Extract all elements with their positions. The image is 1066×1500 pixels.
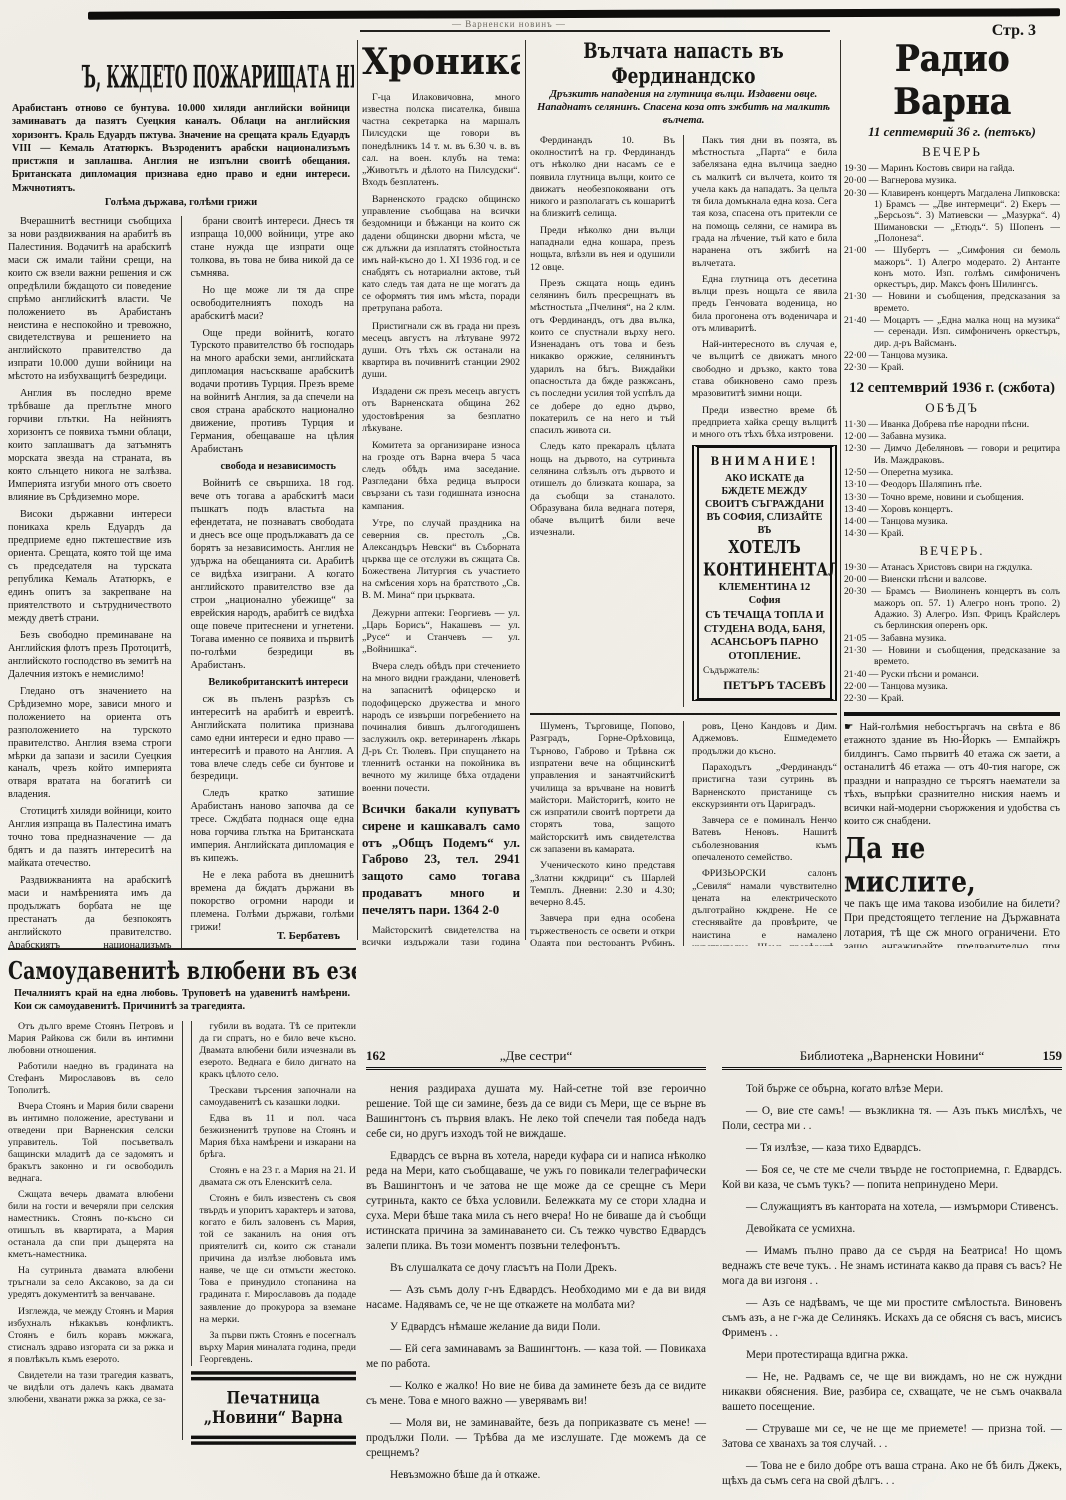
lead-column-1: Вчерашнитѣ вестници съобщиха за нови раз…: [8, 216, 172, 948]
paragraph: Но ще може ли тя да спре освободителният…: [191, 285, 355, 324]
print-shop-box: Печатница „Новини“ Варна: [191, 1371, 357, 1445]
paragraph: 11·30 — Иванка Добрева пѣе народни пѣсни…: [844, 419, 1060, 430]
paragraph: Преди известно време бѣ предприета хайка…: [692, 405, 837, 442]
paragraph: Безъ свободно преминаване на Английския …: [8, 630, 172, 682]
drowned-lovers-story: Самоудавенитѣ влюбени въ езерото Печални…: [8, 948, 356, 1496]
paragraph: 12·30 — Димчо Дебеляновъ — говори и реци…: [844, 443, 1060, 466]
paragraph: 13·10 — Феодоръ Шаляпинъ пѣе.: [844, 479, 1060, 490]
paragraph: 21·40 — Моцартъ — „Една малка нощ на муз…: [844, 315, 1060, 349]
paragraph: Завчера се е поминалъ Ненчо Ватевъ Ненов…: [692, 815, 837, 864]
newspaper-page: — Варненски новинъ — Стр. 3 Ъ, КЖДЕТО ПО…: [0, 0, 1066, 1500]
paragraph: 14·00 — Танцова музика.: [844, 516, 1060, 527]
paragraph: 22·00 — Танцова музика.: [844, 350, 1060, 361]
novel-left-header: 162 „Две сестри“: [366, 1048, 706, 1070]
paragraph: 20·30 — Брамсъ — Виолиненъ концертъ въ с…: [844, 586, 1060, 631]
paragraph: Едва въ 11 и пол. часа безжизненитѣ труп…: [200, 1113, 357, 1161]
paragraph: Стотицитѣ хиляди войници, които Англия и…: [8, 806, 172, 871]
paragraph: Шуменъ, Търговище, Попово, Разградъ, Гор…: [530, 721, 675, 856]
novel-pages: 162 „Две сестри“ нения раздираха душата …: [366, 942, 1062, 1496]
paragraph: Гледано отъ значението на Срѣдиземно мор…: [8, 686, 172, 803]
paragraph: 20·00 — Вагнерова музика.: [844, 175, 1060, 186]
paragraph: 22·30 — Край.: [844, 362, 1060, 373]
library-name: Библиотека „Варненски Новини“: [770, 1048, 1014, 1064]
paragraph: 12·00 — Забавна музика.: [844, 431, 1060, 442]
serial-novel: 162 „Две сестри“ нения раздираха душата …: [366, 942, 1062, 1500]
town-news-column-1: Шуменъ, Търговище, Попово, Разградъ, Гор…: [530, 721, 675, 946]
paragraph: Стоянъ е билъ известенъ съ своя твърдъ и…: [200, 1193, 357, 1326]
wolf-article: Вълчата напасть въ Фердинандско Дръзкитѣ…: [530, 40, 837, 946]
hotel-features: СЪ ТЕЧАЩА ТОПЛА И СТУДЕНА ВОДА, БАНЯ, АС…: [703, 609, 826, 664]
lead-subhead-1: свобода и независимость: [191, 461, 355, 474]
paragraph: нения раздираха душата му. Най-сетне той…: [366, 1082, 706, 1142]
lead-body: Вчерашнитѣ вестници съобщиха за нови раз…: [8, 216, 354, 948]
paragraph: Отъ дълго време Стоянъ Петровъ и Мария Р…: [8, 1021, 174, 1057]
lead-article: Ъ, КЖДЕТО ПОЖАРИЩАТА НЕ ПРЕСТАВАТЪ ДА ДИ…: [8, 44, 354, 948]
paragraph: Фердинандъ 10. Въ околноститѣ на гр. Фер…: [530, 135, 675, 221]
wolf-headline: Вълчата напасть въ Фердинандско: [530, 40, 837, 89]
paragraph: 19·30 — Маринъ Костовъ свири на гайда.: [844, 163, 1060, 174]
paragraph: Утре, по случай праздника на северния св…: [362, 518, 520, 603]
wolf-col2-text: Пакъ тия дни въ позята, въ мѣстностьта „…: [692, 135, 837, 442]
subhead-text: свобода и независимость: [191, 461, 355, 474]
paragraph: 22·00 — Танцова музика.: [844, 681, 1060, 692]
page-number-right: 159: [1014, 1048, 1062, 1064]
lead-col2-part3: сж въ пъленъ разрѣзъ съ интереситѣ на ар…: [191, 694, 355, 935]
paragraph: Той бърже се обърна, когато влѣзе Мери.: [722, 1082, 1062, 1097]
chronicle-title: Хроника: [362, 40, 520, 83]
lead-col2-part1: брани своитѣ интереси. Днесъ тя изпраща …: [191, 216, 355, 457]
paragraph: ФРИЗЬОРСКИ салонъ „Севиля“ намали чувств…: [692, 868, 837, 946]
paragraph: — Служащиятъ въ кантората на хотела, — и…: [722, 1200, 1062, 1215]
lottery-ad-headline: Да не мислите,: [844, 832, 1060, 899]
paragraph: Вчера Стоянъ и Мария били сварени въ инт…: [8, 1101, 174, 1185]
paragraph: Още преди войнитѣ, когато Турското прави…: [191, 328, 355, 458]
paragraph: губили въ водата. Тѣ се притекли да ги с…: [200, 1021, 357, 1081]
paragraph: Ученическото кино представя „Златни кждр…: [530, 860, 675, 909]
hotel-keeper-label: Съдържатель:: [703, 666, 826, 678]
paragraph: — Не, не. Радвамъ се, че ще ви виждамъ, …: [722, 1370, 1062, 1415]
lead-subhead-2: Великобританскитѣ интереси: [191, 677, 355, 690]
paragraph: 21·05 — Забавна музика.: [844, 633, 1060, 644]
paragraph: брани своитѣ интереси. Днесъ тя изпраща …: [191, 216, 355, 281]
masthead-fragment: — Варненски новинъ —: [452, 19, 566, 29]
top-ink-rule: [88, 8, 1060, 19]
paragraph: 13·30 — Точно време, новини и съобщения.: [844, 492, 1060, 503]
drowned-body: Отъ дълго време Стоянъ Петровъ и Мария Р…: [8, 1021, 356, 1440]
lottery-ad-body: че пакъ ще има такова изобилие на билети…: [844, 897, 1060, 948]
paragraph: 13·40 — Хоровъ концертъ.: [844, 504, 1060, 515]
paragraph: — Моля ви, не заминавайте, безъ да попри…: [366, 1416, 706, 1461]
paragraph: 20·00 — Виенски пѣсни и валсове.: [844, 574, 1060, 585]
paragraph: Следъ кратко затишие Арабистанъ наново з…: [191, 788, 355, 866]
paragraph: Едвардсъ се върна въ хотела, нареди куфа…: [366, 1149, 706, 1254]
wolf-deck: Дръзкитѣ нападения на глутница вълци. Из…: [532, 88, 835, 128]
paragraph: — Колко е жалко! Но вие не бива да замин…: [366, 1379, 706, 1409]
grocer-ad: Всички бакали купуватъ сирене и кашкавал…: [362, 801, 520, 919]
lead-deck: Арабистанъ отново се бунтува. 10.000 хил…: [12, 102, 350, 195]
paragraph: У Едвардсъ нѣмаше желание да види Поли.: [366, 1320, 706, 1335]
paragraph: Дежурни аптеки: Георгиевъ — ул. „Царь Бо…: [362, 608, 520, 657]
novel-left-body: нения раздираха душата му. Най-сетне той…: [366, 1082, 706, 1483]
paragraph: — Това не е било добре отъ ваша страна. …: [722, 1459, 1062, 1489]
paragraph: Трескави търсения започнали на самоудаве…: [200, 1085, 357, 1109]
paragraph: Вчерашнитѣ вестници съобщиха за нови раз…: [8, 216, 172, 385]
paragraph: Вчера следъ обѣдъ при стечението на мног…: [362, 661, 520, 795]
paragraph: 22·30 — Край.: [844, 693, 1060, 704]
novel-page-right: Библиотека „Варненски Новини“ 159 Той бъ…: [722, 1048, 1062, 1496]
page-number-left: 162: [366, 1048, 414, 1064]
ad-pitch-line: АКО ИСКАТЕ да БЖДЕТЕ МЕЖДУ СВОИТѢ СЪГРАЖ…: [703, 472, 826, 537]
drowned-column-1: Отъ дълго време Стоянъ Петровъ и Мария Р…: [8, 1021, 174, 1440]
drowned-column-2: губили въ водата. Тѣ се притекли да ги с…: [191, 1021, 357, 1366]
lead-headline: Ъ, КЖДЕТО ПОЖАРИЩАТА НЕ ПРЕСТАВАТЪ ДА ДИ…: [8, 54, 354, 92]
paragraph: 19·30 — Атанасъ Христовъ свири на гждулк…: [844, 562, 1060, 573]
paragraph: Пристигнали сж въ града ни презъ месецъ …: [362, 321, 520, 382]
paragraph: сж въ пъленъ разрѣзъ съ интереситѣ на ар…: [191, 694, 355, 785]
radio-program-evening-2: 19·30 — Атанасъ Христовъ свири на гждулк…: [844, 562, 1060, 706]
radio-date-friday: 11 септемврий 36 г. (петъкъ): [844, 124, 1060, 140]
novel-right-header: Библиотека „Варненски Новини“ 159: [722, 1048, 1062, 1070]
paragraph: 21·40 — Руски пѣсни и романси.: [844, 669, 1060, 680]
paragraph: Най-интересното въ случая е, че вълцитѣ …: [692, 339, 837, 400]
paragraph: На сутриньта двамата влюбени тръгнали за…: [8, 1265, 174, 1301]
town-news-column-2: ровъ, Цено Кандовъ и Дим. Аджемовъ. Ешме…: [683, 721, 837, 946]
paragraph: За първи пжть Стоянъ е посегналъ върху М…: [200, 1330, 357, 1366]
paragraph: — Имамъ пълно право да се сърдя на Беатр…: [722, 1244, 1062, 1289]
author-signature: Т. Бербатевъ: [277, 930, 340, 942]
wolf-column-2: Пакъ тия дни въ позята, въ мѣстностьта „…: [683, 135, 837, 707]
paragraph: Стоянъ е на 23 г. а Мария на 21. И двама…: [200, 1165, 357, 1189]
paragraph: Невъзможно бѣше да ѝ откаже.: [366, 1468, 706, 1483]
paragraph: Англия въ последно време трѣбваше да пре…: [8, 388, 172, 505]
paragraph: — Азъ се надѣвамъ, че ще ми простите смѣ…: [722, 1296, 1062, 1341]
paragraph: — Ей сега заминавамъ за Вашингтонъ. — ка…: [366, 1342, 706, 1372]
column-rule: [357, 40, 358, 940]
paragraph: Презъ сжщата нощь единъ селянинъ билъ пр…: [530, 278, 675, 438]
paragraph: 21·30 — Новини и съобщения, предсказания…: [844, 291, 1060, 314]
paragraph: Девойката се усмихна.: [722, 1222, 1062, 1237]
paragraph: — Тя излѣзе, — каза тихо Едвардсъ.: [722, 1141, 1062, 1156]
paragraph: Свидетели на тази трагедия казватъ, че в…: [8, 1370, 174, 1406]
hotel-name: ХОТЕЛЪ КОНТИНЕНТАЛЪ: [703, 536, 826, 581]
chronicle-items: Г-ца Илаковичовна, много известна полска…: [362, 92, 520, 795]
radio-date-saturday: 12 септемврий 1936 г. (сжбота): [844, 380, 1060, 397]
lead-col2-part2: Войнитѣ се свършиха. 18 год. вече отъ то…: [191, 478, 355, 673]
paragraph: Комитета за организиране износа на грозд…: [362, 440, 520, 513]
radio-section-evening-1: ВЕЧЕРЬ: [844, 144, 1060, 160]
paragraph: Издадени сж презъ месецъ августъ отъ Вар…: [362, 386, 520, 435]
paragraph: Параходътъ „Фердинандъ“ пристигна тази с…: [692, 762, 837, 811]
hotel-keeper-name: ПЕТЪРЪ ТАСЕВЪ: [703, 678, 826, 693]
paragraph: Работили наедно въ градината на Стефанъ …: [8, 1061, 174, 1097]
radio-section-evening-2: ВЕЧЕРЬ.: [844, 543, 1060, 559]
column-rule: [525, 40, 526, 940]
skyscraper-news-item: ☛ Най-голѣмия небостъргачъ на свѣта е 86…: [844, 712, 1060, 829]
paragraph: — Боя се, че сте ме счели твърде не гост…: [722, 1163, 1062, 1193]
radio-program-evening-1: 19·30 — Маринъ Костовъ свири на гайда.20…: [844, 163, 1060, 375]
subhead-text: Великобританскитѣ интереси: [191, 677, 355, 690]
paragraph: Пакъ тия дни въ позята, въ мѣстностьта „…: [692, 135, 837, 270]
column-rule: [840, 40, 841, 940]
town-news: Шуменъ, Търговище, Попово, Разградъ, Гор…: [530, 721, 837, 946]
lead-deck-line2: Голѣма държава, голѣми грижи: [8, 197, 354, 208]
chronicle-column: Хроника Г-ца Илаковичовна, много известн…: [362, 40, 520, 946]
paragraph: Войнитѣ се свършиха. 18 год. вече отъ то…: [191, 478, 355, 673]
wolf-body: Фердинандъ 10. Въ околноститѣ на гр. Фер…: [530, 135, 837, 707]
paragraph: 21·00 — Шубертъ — „Симфония си бемоль ма…: [844, 245, 1060, 290]
novel-right-body: Той бърже се обърна, когато влѣзе Мери.—…: [722, 1082, 1062, 1489]
paragraph: Следъ като прекаралъ цѣлата нощь на дърв…: [530, 441, 675, 539]
radio-section-noon: ОБѢДЪ: [844, 400, 1060, 416]
ad-attention-line: ВНИМАНИЕ!: [703, 454, 826, 470]
novel-page-left: 162 „Две сестри“ нения раздираха душата …: [366, 1048, 706, 1496]
paragraph: Високи държавни интереси поникаха крель …: [8, 509, 172, 626]
paragraph: Варненското градско общинско управление …: [362, 194, 520, 315]
lead-column-2: брани своитѣ интереси. Днесъ тя изпраща …: [181, 216, 355, 948]
paragraph: Изглежда, че между Стоянъ и Мария избухн…: [8, 1306, 174, 1366]
paragraph: 12·50 — Оперетна музика.: [844, 467, 1060, 478]
paragraph: Сжщата вечерь двамата влюбени били на го…: [8, 1189, 174, 1261]
wolf-column-1: Фердинандъ 10. Въ околноститѣ на гр. Фер…: [530, 135, 675, 707]
drowned-headline: Самоудавенитѣ влюбени въ езерото: [8, 957, 356, 986]
paragraph: Г-ца Илаковичовна, много известна полска…: [362, 92, 520, 189]
paragraph: Раздвижванията на арабскитѣ маси и намѣр…: [8, 875, 172, 948]
paragraph: ровъ, Цено Кандовъ и Дим. Аджемовъ. Ешме…: [692, 721, 837, 758]
novel-title: „Две сестри“: [414, 1048, 658, 1064]
paragraph: — Струваше ми се, че не ще ме приемете! …: [722, 1422, 1062, 1452]
drowned-column-2-wrap: губили въ водата. Тѣ се притекли да ги с…: [182, 1021, 357, 1440]
paragraph: — О, вие сте самъ! — възкликна тя. — Азъ…: [722, 1104, 1062, 1134]
masthead-rule: [360, 30, 830, 32]
paragraph: 21·30 — Новини и съобщения, предсказание…: [844, 645, 1060, 668]
paragraph: Преди нѣколко дни вълци нападнали една к…: [530, 225, 675, 274]
paragraph: — Азъ съмъ долу г-нъ Едвардсъ. Необходим…: [366, 1283, 706, 1313]
paragraph: Мери протестираща вдигна ржка.: [722, 1348, 1062, 1363]
radio-title: Радио Варна: [844, 37, 1060, 123]
paragraph: Една глутница отъ десетина вълци презъ н…: [692, 274, 837, 335]
hotel-continental-ad: ВНИМАНИЕ! АКО ИСКАТЕ да БЖДЕТЕ МЕЖДУ СВО…: [692, 445, 837, 701]
drowned-deck: Печалниятъ край на една любовь. Труповет…: [14, 987, 350, 1014]
paragraph: 20·30 — Клавиренъ концертъ Магдалена Лип…: [844, 188, 1060, 245]
hotel-address: КЛЕМЕНТИНА 12 София: [703, 581, 826, 607]
radio-program-noon: 11·30 — Иванка Добрева пѣе народни пѣсни…: [844, 419, 1060, 541]
paragraph: Не е лека работа въ днешнитѣ времена да …: [191, 870, 355, 935]
section-rule: [530, 713, 837, 715]
paragraph: Въ слушалката се дочу гласътъ на Поли Др…: [366, 1261, 706, 1276]
paragraph: 14·30 — Край.: [844, 528, 1060, 539]
radio-varna-column: Радио Варна 11 септемврий 36 г. (петъкъ)…: [844, 36, 1060, 948]
